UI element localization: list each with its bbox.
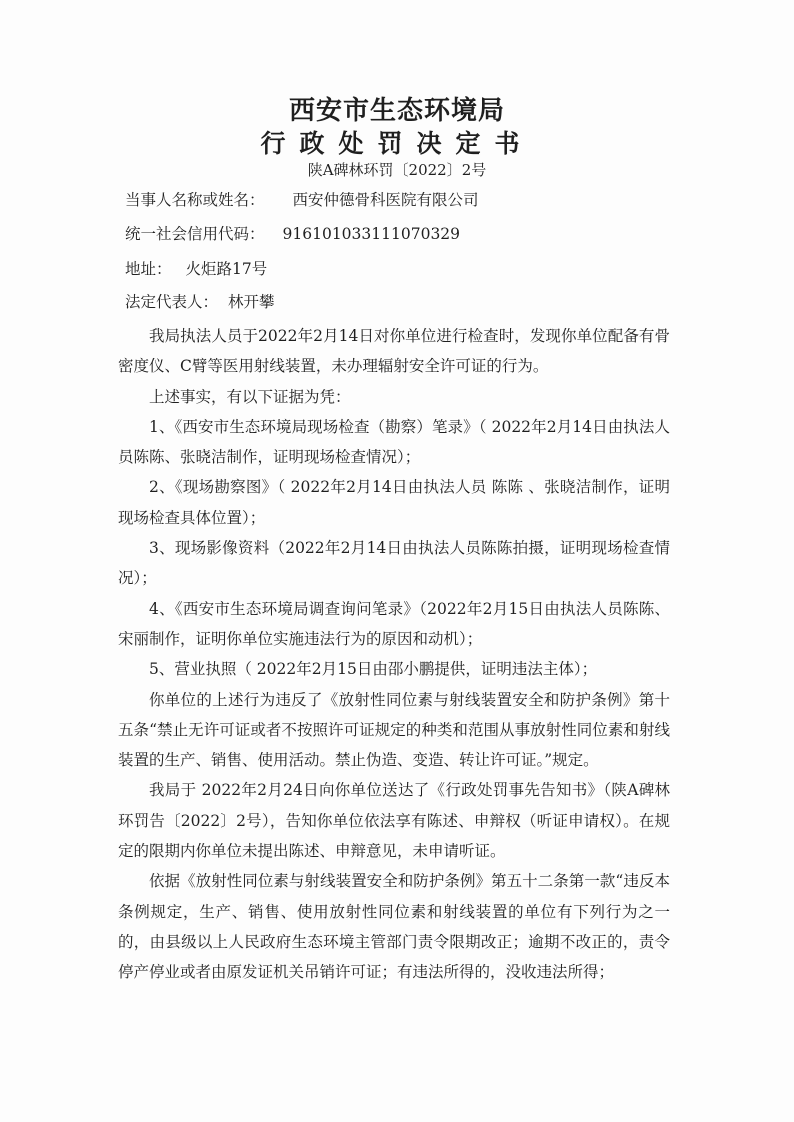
party-name-value: 西安仲德骨科医院有限公司 [293, 191, 479, 209]
credit-code-value: 916101033111070329 [283, 225, 461, 243]
evidence-item-2: 2、《现场勘察图》（ 2022年2月14日由执法人员 陈陈 、张晓洁制作，证明现… [118, 472, 670, 533]
evidence-item-3: 3、现场影像资料（2022年2月14日由执法人员陈陈拍摄，证明现场检查情况）； [118, 533, 670, 594]
evidence-item-1: 1、《西安市生态环境局现场检查（勘察）笔录》（ 2022年2月14日由执法人员陈… [118, 412, 670, 473]
document-number: 陕A碑林环罚〔2022〕2号 [0, 159, 794, 180]
legal-rep-label: 法定代表人： [125, 293, 218, 311]
decision-body: 我局执法人员于2022年2月14日对你单位进行检查时，发现你单位配备有骨密度仪、… [118, 321, 670, 988]
credit-code-label: 统一社会信用代码： [125, 225, 265, 243]
evidence-item-5: 5、营业执照（ 2022年2月15日由邵小鹏提供，证明违法主体）； [118, 654, 670, 684]
violation-paragraph: 你单位的上述行为违反了《放射性同位素与射线装置安全和防护条例》第十五条“禁止无许… [118, 685, 670, 776]
agency-title: 西安市生态环境局 [0, 90, 794, 127]
document-type-title: 行政处罚决定书 [0, 124, 794, 160]
legal-basis-paragraph: 依据《放射性同位素与射线装置安全和防护条例》第五十二条第一款“违反本条例规定，生… [118, 866, 670, 987]
address-value: 火炬路17号 [186, 260, 268, 278]
document-page: 西安市生态环境局 行政处罚决定书 陕A碑林环罚〔2022〕2号 当事人名称或姓名… [0, 0, 794, 1122]
notice-paragraph: 我局于 2022年2月24日向你单位送达了《行政处罚事先告知书》（陕A碑林环罚告… [118, 775, 670, 866]
address-field: 地址：火炬路17号 [125, 257, 267, 279]
party-name-field: 当事人名称或姓名：西安仲德骨科医院有限公司 [125, 188, 479, 210]
legal-rep-value: 林开攀 [228, 293, 275, 311]
address-label: 地址： [125, 260, 172, 278]
evidence-intro: 上述事实，有以下证据为凭： [118, 382, 670, 412]
evidence-item-4: 4、《西安市生态环境局调查询问笔录》（2022年2月15日由执法人员陈陈、宋丽制… [118, 594, 670, 655]
legal-rep-field: 法定代表人：林开攀 [125, 290, 275, 312]
party-name-label: 当事人名称或姓名： [125, 191, 265, 209]
facts-paragraph: 我局执法人员于2022年2月14日对你单位进行检查时，发现你单位配备有骨密度仪、… [118, 321, 670, 382]
credit-code-field: 统一社会信用代码：916101033111070329 [125, 222, 460, 244]
